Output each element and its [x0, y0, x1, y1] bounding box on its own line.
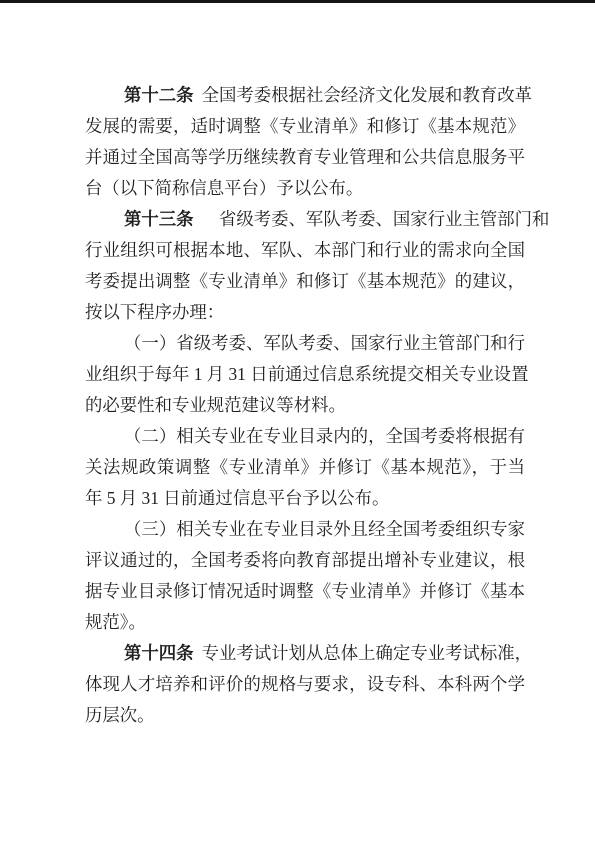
- text-line: 历层次。: [85, 700, 525, 731]
- article-text: 全国考委根据社会经济文化发展和教育改革: [202, 85, 532, 105]
- article-text: 专业考试计划从总体上确定专业考试标准，: [202, 643, 532, 663]
- article-number: 第十三条: [124, 209, 194, 229]
- text-line: 体现人才培养和评价的规格与要求，设专科、本科两个学: [85, 669, 525, 700]
- text-line: 的必要性和专业规范建议等材料。: [85, 390, 525, 421]
- item-3-paragraph: （三）相关专业在专业目录外且经全国考委组织专家 评议通过的，全国考委将向教育部提…: [85, 514, 525, 638]
- text-line: 年 5 月 31 日前通过信息平台予以公布。: [85, 483, 525, 514]
- text-line: 发展的需要，适时调整《专业清单》和修订《基本规范》: [85, 111, 525, 142]
- article-text: （二）相关专业在专业目录内的，全国考委将根据有: [124, 426, 525, 446]
- article-text: （三）相关专业在专业目录外且经全国考委组织专家: [124, 519, 525, 539]
- text-line: 评议通过的，全国考委将向教育部提出增补专业建议，根: [85, 545, 525, 576]
- article-text: 省级考委、军队考委、国家行业主管部门和: [202, 209, 550, 229]
- page-top-edge-line: [0, 0, 595, 3]
- text-line: 规范》。: [85, 607, 525, 638]
- text-line: （二）相关专业在专业目录内的，全国考委将根据有: [85, 421, 525, 452]
- article-13-paragraph: 第十三条 省级考委、军队考委、国家行业主管部门和 行业组织可根据本地、军队、本部…: [85, 204, 525, 328]
- item-2-paragraph: （二）相关专业在专业目录内的，全国考委将根据有 关法规政策调整《专业清单》并修订…: [85, 421, 525, 514]
- text-line: 台（以下简称信息平台）予以公布。: [85, 173, 525, 204]
- text-line: 业组织于每年 1 月 31 日前通过信息系统提交相关专业设置: [85, 359, 525, 390]
- text-line: 第十四条专业考试计划从总体上确定专业考试标准，: [85, 638, 525, 669]
- item-1-paragraph: （一）省级考委、军队考委、国家行业主管部门和行 业组织于每年 1 月 31 日前…: [85, 328, 525, 421]
- text-line: （一）省级考委、军队考委、国家行业主管部门和行: [85, 328, 525, 359]
- text-line: 按以下程序办理：: [85, 297, 525, 328]
- text-line: 行业组织可根据本地、军队、本部门和行业的需求向全国: [85, 235, 525, 266]
- article-text: （一）省级考委、军队考委、国家行业主管部门和行: [124, 333, 525, 353]
- text-line: 第十二条全国考委根据社会经济文化发展和教育改革: [85, 80, 525, 111]
- article-12-paragraph: 第十二条全国考委根据社会经济文化发展和教育改革 发展的需要，适时调整《专业清单》…: [85, 80, 525, 204]
- article-14-paragraph: 第十四条专业考试计划从总体上确定专业考试标准， 体现人才培养和评价的规格与要求，…: [85, 638, 525, 731]
- document-body: 第十二条全国考委根据社会经济文化发展和教育改革 发展的需要，适时调整《专业清单》…: [85, 80, 525, 731]
- text-line: 考委提出调整《专业清单》和修订《基本规范》的建议，: [85, 266, 525, 297]
- text-line: 第十三条 省级考委、军队考委、国家行业主管部门和: [85, 204, 525, 235]
- article-number: 第十二条: [124, 85, 194, 105]
- article-number: 第十四条: [124, 643, 194, 663]
- text-line: 据专业目录修订情况适时调整《专业清单》并修订《基本: [85, 576, 525, 607]
- text-line: 关法规政策调整《专业清单》并修订《基本规范》，于当: [85, 452, 525, 483]
- text-line: （三）相关专业在专业目录外且经全国考委组织专家: [85, 514, 525, 545]
- text-line: 并通过全国高等学历继续教育专业管理和公共信息服务平: [85, 142, 525, 173]
